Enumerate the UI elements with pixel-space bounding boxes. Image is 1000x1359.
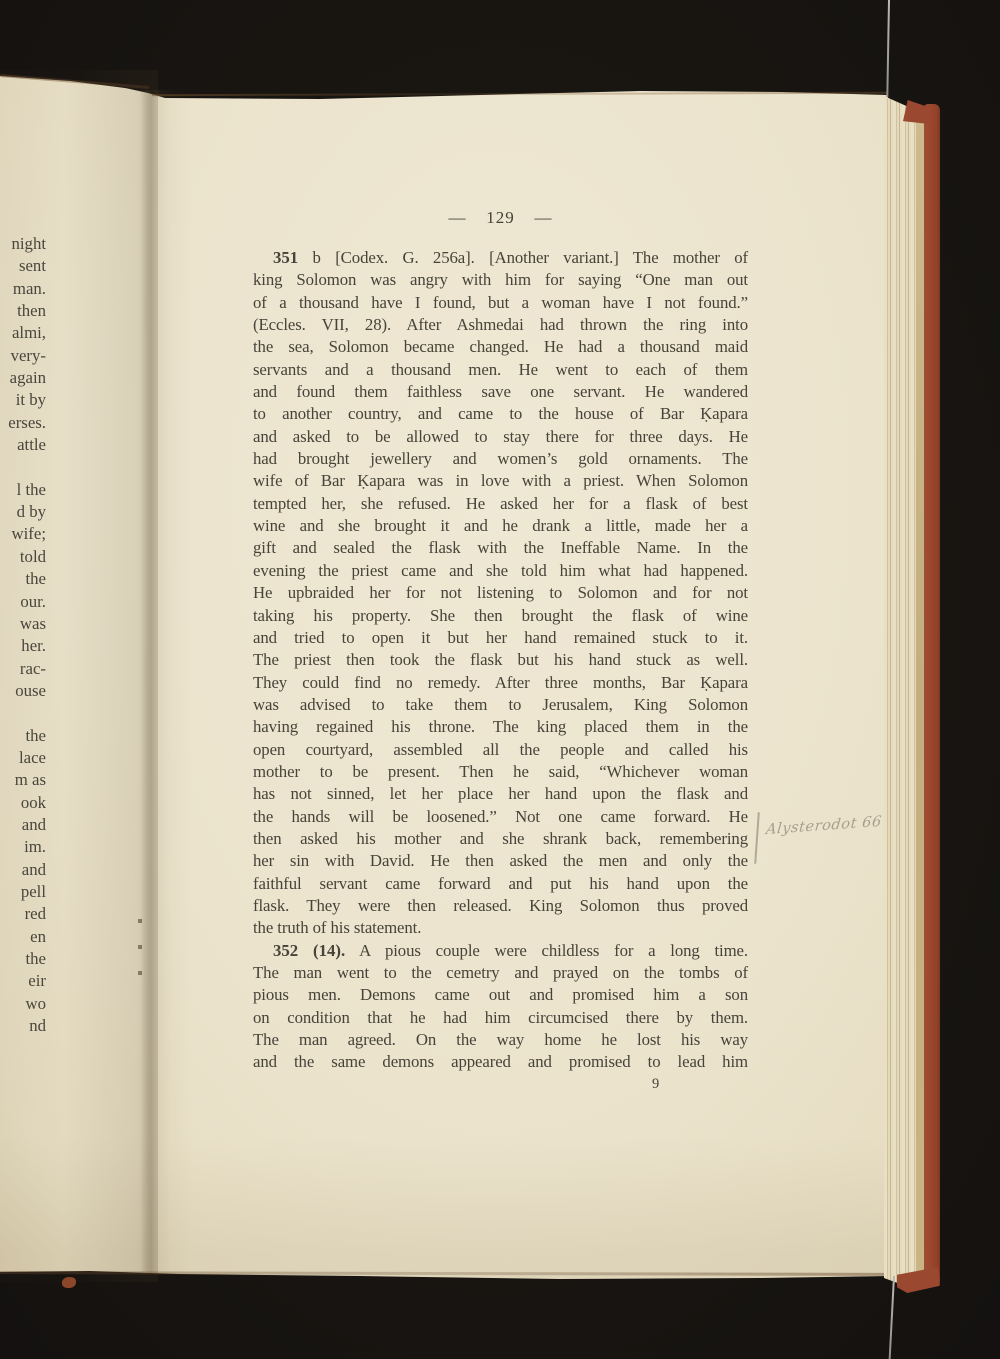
- text-line: erses.: [0, 412, 46, 434]
- pencil-stroke: [754, 812, 760, 864]
- text-line: faithful servant came forward and put hi…: [253, 873, 748, 895]
- text-line: attle: [0, 434, 46, 456]
- page-number-header: — 129 —: [253, 208, 748, 228]
- text-line: wo: [0, 993, 46, 1015]
- text-line: it by: [0, 389, 46, 411]
- paragraph-352-lead-line: 352 (14). A pious couple were childless …: [253, 940, 748, 962]
- cradle-wire-top: [886, 0, 890, 97]
- left-page-edge-text: nightsentman.thenalmi,very-againit byers…: [0, 233, 46, 1037]
- text-line: has not sinned, let her place her hand u…: [253, 783, 748, 805]
- text-line: rac-: [0, 658, 46, 680]
- paragraph-number: 351: [273, 248, 298, 267]
- signature-mark: 9: [652, 1076, 682, 1093]
- text-line: pell: [0, 881, 46, 903]
- text-line: on condition that he had him circumcised…: [253, 1007, 748, 1029]
- text-line: im.: [0, 836, 46, 858]
- page-text-block: 351 b [Codex. G. 256a]. [Another variant…: [253, 247, 748, 1074]
- text-line: her sin with David. He then asked the me…: [253, 850, 748, 872]
- text-line: again: [0, 367, 46, 389]
- text-line: flask. They were then released. King Sol…: [253, 895, 748, 917]
- text-line: wife of Bar Ḳapara was in love with a pr…: [253, 470, 748, 492]
- text-line: gift and sealed the flask with the Ineff…: [253, 537, 748, 559]
- paragraph-352: 352 (14). A pious couple were childless …: [253, 940, 748, 1074]
- text-line: red: [0, 903, 46, 925]
- text-line: m as: [0, 769, 46, 791]
- text-line: ouse: [0, 680, 46, 702]
- text-line: of a thousand have I found, but a woman …: [253, 292, 748, 314]
- lead-text: A pious couple were childless for a long…: [359, 941, 748, 960]
- text-line: nd: [0, 1015, 46, 1037]
- text-line: [0, 456, 46, 478]
- text-line: wife;: [0, 523, 46, 545]
- text-line: They could find no remedy. After three m…: [253, 672, 748, 694]
- text-line: d by: [0, 501, 46, 523]
- text-line: and: [0, 814, 46, 836]
- paragraph-number: 352 (14).: [273, 941, 345, 960]
- text-line: was: [0, 613, 46, 635]
- text-line: her.: [0, 635, 46, 657]
- text-line: ook: [0, 792, 46, 814]
- gutter-pencil-marks: [138, 908, 142, 992]
- paragraph-352-last-line: and the same demons appeared and promise…: [253, 1051, 748, 1073]
- text-line: the: [0, 725, 46, 747]
- text-line: our.: [0, 591, 46, 613]
- paragraph-352-lines: The man went to the cemetry and prayed o…: [253, 962, 748, 1051]
- gutter-crease: [140, 90, 192, 1274]
- text-line: the: [0, 948, 46, 970]
- text-line: mother to be present. Then he said, “Whi…: [253, 761, 748, 783]
- text-line: The man went to the cemetry and prayed o…: [253, 962, 748, 984]
- text-line: then: [0, 300, 46, 322]
- text-line: open courtyard, assembled all the people…: [253, 739, 748, 761]
- red-cover-speck: [62, 1277, 76, 1288]
- marginalia: Alysterodot 66: [752, 808, 912, 870]
- paragraph-351-lead-line: 351 b [Codex. G. 256a]. [Another variant…: [253, 247, 748, 269]
- text-line: king Solomon was angry with him for sayi…: [253, 269, 748, 291]
- text-line: l the: [0, 479, 46, 501]
- cradle-wire-bottom: [889, 1276, 895, 1359]
- paragraph-351-last-line: the truth of his statement.: [253, 917, 748, 939]
- text-line: was advised to take them to Jerusalem, K…: [253, 694, 748, 716]
- text-line: evening the priest came and she told him…: [253, 560, 748, 582]
- text-line: told: [0, 546, 46, 568]
- text-line: almi,: [0, 322, 46, 344]
- red-cover-edge: [924, 104, 940, 1286]
- text-line: lace: [0, 747, 46, 769]
- text-line: taking his property. She then brought th…: [253, 605, 748, 627]
- text-line: to another country, and came to the hous…: [253, 403, 748, 425]
- text-line: the hands will be loosened.” Not one cam…: [253, 806, 748, 828]
- paragraph-351: 351 b [Codex. G. 256a]. [Another variant…: [253, 247, 748, 940]
- text-line: very-: [0, 345, 46, 367]
- marginalia-handwriting: Alysterodot 66: [765, 811, 916, 838]
- text-line: had brought jewellery and women’s gold o…: [253, 448, 748, 470]
- text-line: en: [0, 926, 46, 948]
- text-line: man.: [0, 278, 46, 300]
- text-line: and asked to be allowed to stay there fo…: [253, 426, 748, 448]
- lead-text: b [Codex. G. 256a]. [Another variant.] T…: [313, 248, 748, 267]
- text-line: wine and she brought it and he drank a l…: [253, 515, 748, 537]
- text-line: the sea, Solomon became changed. He had …: [253, 336, 748, 358]
- text-line: servants and a thousand men. He went to …: [253, 359, 748, 381]
- text-line: eir: [0, 970, 46, 992]
- book-scan-photo: { "colors":{ "background":"#181511", "pa…: [0, 0, 1000, 1359]
- text-line: The man agreed. On the way home he lost …: [253, 1029, 748, 1051]
- text-line: He upbraided her for not listening to So…: [253, 582, 748, 604]
- text-line: night: [0, 233, 46, 255]
- text-line: pious men. Demons came out and promised …: [253, 984, 748, 1006]
- text-line: the: [0, 568, 46, 590]
- text-line: then asked his mother and she shrank bac…: [253, 828, 748, 850]
- text-line: tempted her, she refused. He asked her f…: [253, 493, 748, 515]
- text-line: and tried to open it but her hand remain…: [253, 627, 748, 649]
- text-line: (Eccles. VII, 28). After Ashmedai had th…: [253, 314, 748, 336]
- text-line: and: [0, 859, 46, 881]
- text-line: The priest then took the flask but his h…: [253, 649, 748, 671]
- text-line: [0, 702, 46, 724]
- text-line: and found them faithless save one servan…: [253, 381, 748, 403]
- text-line: having regained his throne. The king pla…: [253, 716, 748, 738]
- page-block-edge: [884, 96, 920, 1288]
- text-line: sent: [0, 255, 46, 277]
- paragraph-351-lines: king Solomon was angry with him for sayi…: [253, 269, 748, 917]
